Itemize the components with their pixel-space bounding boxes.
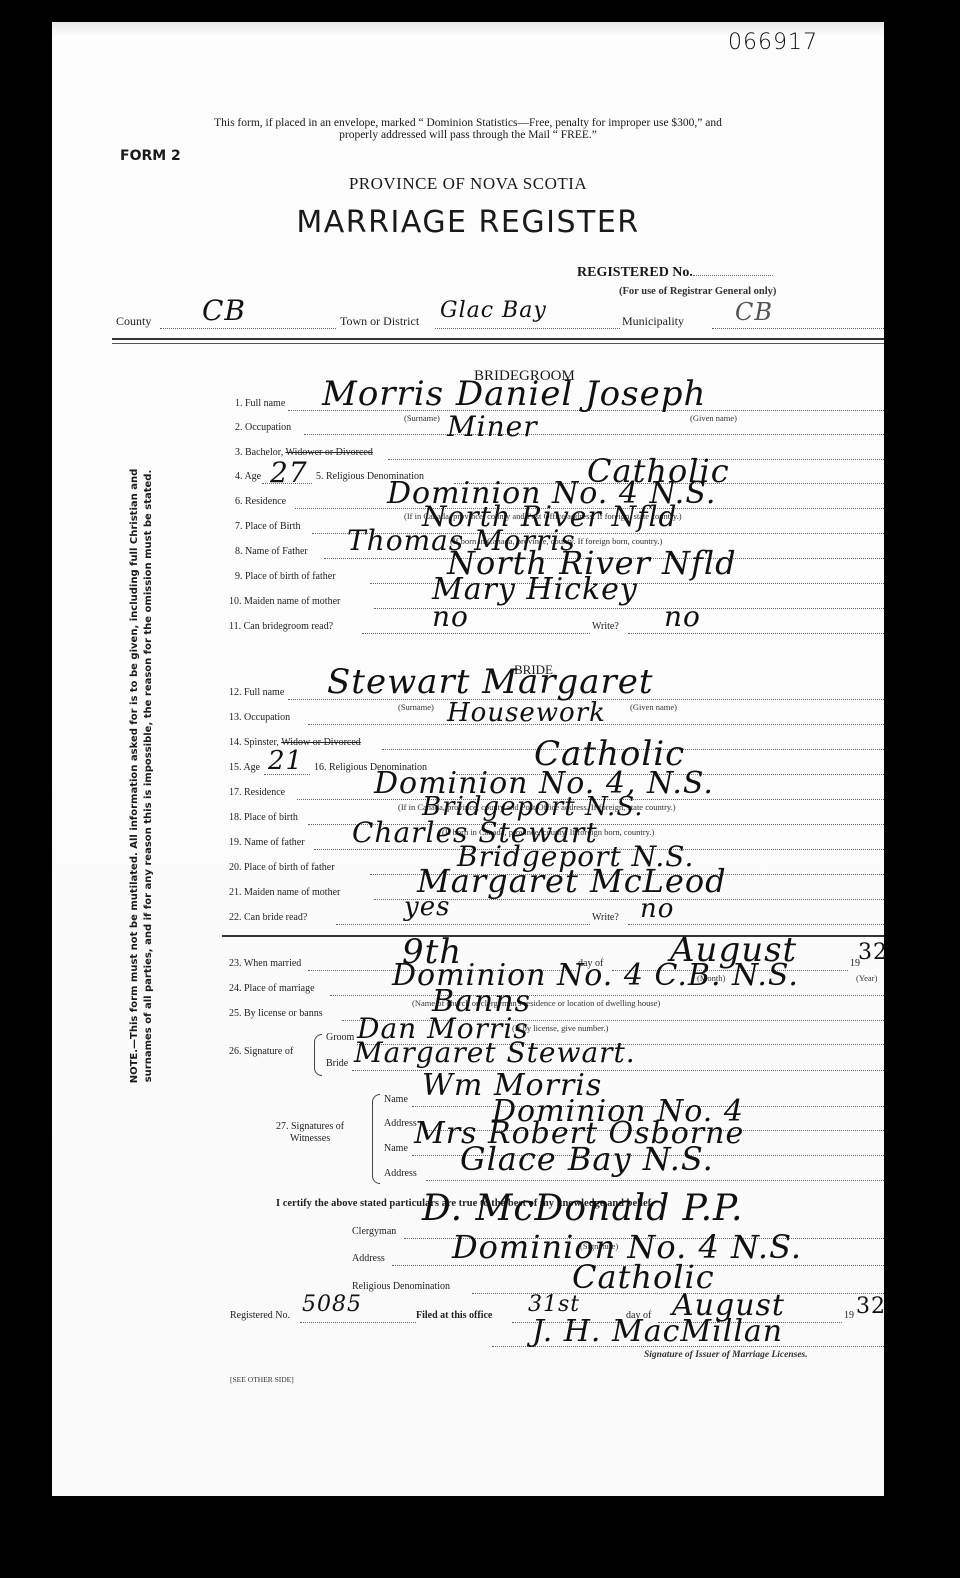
bride-age-label: 15. Age [229, 762, 260, 773]
form-number: FORM 2 [120, 148, 181, 164]
marriage-register-page: 066917 This form, if placed in an envelo… [52, 22, 884, 1496]
see-other-side-note: [SEE OTHER SIDE] [230, 1375, 294, 1384]
bride-mother-value[interactable]: Margaret McLeod [417, 862, 727, 900]
groom-residence-label: 6. Residence [235, 496, 286, 507]
witnesses-label-line2: Witnesses [276, 1133, 344, 1145]
witness-2-name-label: Name [384, 1143, 408, 1154]
groom-occupation-line [304, 434, 884, 435]
signature-brace [314, 1034, 322, 1076]
bride-read-line [336, 924, 590, 925]
postal-notice-line2: properly addressed will pass through the… [52, 129, 884, 141]
filed-year-prefix: 19 [844, 1310, 854, 1321]
side-note-line2: surnames of all parties, and if for any … [142, 436, 156, 1116]
groom-full-name-value[interactable]: Morris Daniel Joseph [322, 374, 706, 414]
divider-top-2 [112, 343, 884, 344]
marriage-year-value[interactable]: 32 [858, 940, 888, 965]
bride-residence-label: 17. Residence [229, 787, 285, 798]
county-line [160, 328, 336, 329]
witness-1-address-label: Address [384, 1118, 417, 1129]
witnesses-label-line1: 27. Signatures of [276, 1121, 344, 1133]
groom-surname-hint: (Surname) [404, 413, 440, 423]
filed-label: Filed at this office [416, 1310, 492, 1321]
witnesses-label: 27. Signatures of Witnesses [276, 1121, 344, 1145]
place-of-marriage-line [330, 995, 884, 996]
registered-number-label: Registered No. [230, 1310, 290, 1321]
witness-2-address-line [426, 1180, 884, 1181]
groom-write-label: Write? [592, 621, 619, 632]
witnesses-brace [372, 1094, 380, 1184]
registered-number-line [300, 1322, 416, 1323]
groom-signature-label: Groom [326, 1032, 354, 1043]
bride-occupation-value[interactable]: Housework [447, 698, 606, 728]
clergyman-signature[interactable]: D. McDonald P.P. [422, 1188, 743, 1229]
clergyman-label: Clergyman [352, 1226, 396, 1237]
town-value[interactable]: Glac Bay [440, 298, 547, 323]
bride-read-label: 22. Can bride read? [229, 912, 307, 923]
groom-full-name-label: 1. Full name [235, 398, 285, 409]
registered-no-label: REGISTERED No. [577, 265, 773, 281]
bride-mother-label: 21. Maiden name of mother [229, 887, 340, 898]
bride-write-line [628, 924, 884, 925]
groom-occupation-label: 2. Occupation [235, 422, 291, 433]
registered-no-note: (For use of Registrar General only) [619, 286, 776, 297]
license-label: 25. By license or banns [229, 1008, 323, 1019]
groom-age-value[interactable]: 27 [270, 456, 308, 489]
page-title: MARRIAGE REGISTER [52, 205, 884, 240]
town-line [435, 328, 620, 329]
year-hint: (Year) [856, 973, 877, 983]
when-married-label: 23. When married [229, 958, 301, 969]
witness-2-address-label: Address [384, 1168, 417, 1179]
groom-birthplace-label: 7. Place of Birth [235, 521, 301, 532]
groom-mother-label: 10. Maiden name of mother [229, 596, 340, 607]
signature-of-label: 26. Signature of [229, 1046, 293, 1057]
registered-number-value[interactable]: 5085 [302, 1292, 362, 1317]
county-value[interactable]: CB [202, 294, 246, 327]
postal-notice-line1: This form, if placed in an envelope, mar… [52, 117, 884, 129]
side-note: NOTE.—This form must not be mutilated. A… [128, 436, 156, 1116]
bride-given-hint: (Given name) [630, 702, 677, 712]
groom-write-line [628, 633, 884, 634]
issuer-signature[interactable]: J. H. MacMillan [532, 1314, 783, 1349]
side-note-line1: NOTE.—This form must not be mutilated. A… [128, 436, 142, 1116]
groom-read-value[interactable]: no [432, 600, 469, 633]
groom-write-value[interactable]: no [664, 600, 701, 633]
groom-given-hint: (Given name) [690, 413, 737, 423]
bride-surname-hint: (Surname) [398, 702, 434, 712]
bride-write-label: Write? [592, 912, 619, 923]
place-of-marriage-label: 24. Place of marriage [229, 983, 315, 994]
municipality-line [712, 328, 884, 329]
filed-year-value[interactable]: 32 [856, 1294, 886, 1319]
municipality-value[interactable]: CB [735, 298, 773, 326]
bride-father-label: 19. Name of father [229, 837, 305, 848]
groom-read-line [362, 633, 590, 634]
bride-full-name-label: 12. Full name [229, 687, 284, 698]
bride-write-value[interactable]: no [640, 894, 674, 924]
archive-number: 066917 [728, 30, 818, 55]
bride-birthplace-label: 18. Place of birth [229, 812, 298, 823]
bride-signature[interactable]: Margaret Stewart. [354, 1036, 636, 1069]
bride-full-name-value[interactable]: Stewart Margaret [327, 662, 654, 702]
bride-signature-label: Bride [326, 1058, 348, 1069]
bride-age-value[interactable]: 21 [268, 746, 303, 776]
divider-top [112, 338, 884, 340]
groom-father-label: 8. Name of Father [235, 546, 308, 557]
groom-occupation-value[interactable]: Miner [447, 410, 538, 443]
registered-no-text: REGISTERED No. [577, 265, 693, 280]
groom-read-label: 11. Can bridegroom read? [229, 621, 333, 632]
bride-read-value[interactable]: yes [404, 892, 450, 922]
groom-father-birthplace-label: 9. Place of birth of father [235, 571, 336, 582]
witness-1-name-label: Name [384, 1094, 408, 1105]
postal-notice: This form, if placed in an envelope, mar… [52, 117, 884, 141]
issuer-label: Signature of Issuer of Marriage Licenses… [644, 1350, 808, 1360]
bride-father-birthplace-label: 20. Place of birth of father [229, 862, 335, 873]
municipality-label: Municipality [622, 314, 684, 329]
witness-2-address[interactable]: Glace Bay N.S. [460, 1140, 714, 1178]
clergyman-religion-label: Religious Denomination [352, 1281, 450, 1292]
clergyman-address-label: Address [352, 1253, 385, 1264]
groom-age-label: 4. Age [235, 471, 261, 482]
bride-occupation-label: 13. Occupation [229, 712, 290, 723]
county-label: County [116, 314, 151, 329]
town-label: Town or District [340, 314, 419, 329]
province-heading: PROVINCE OF NOVA SCOTIA [52, 174, 884, 194]
